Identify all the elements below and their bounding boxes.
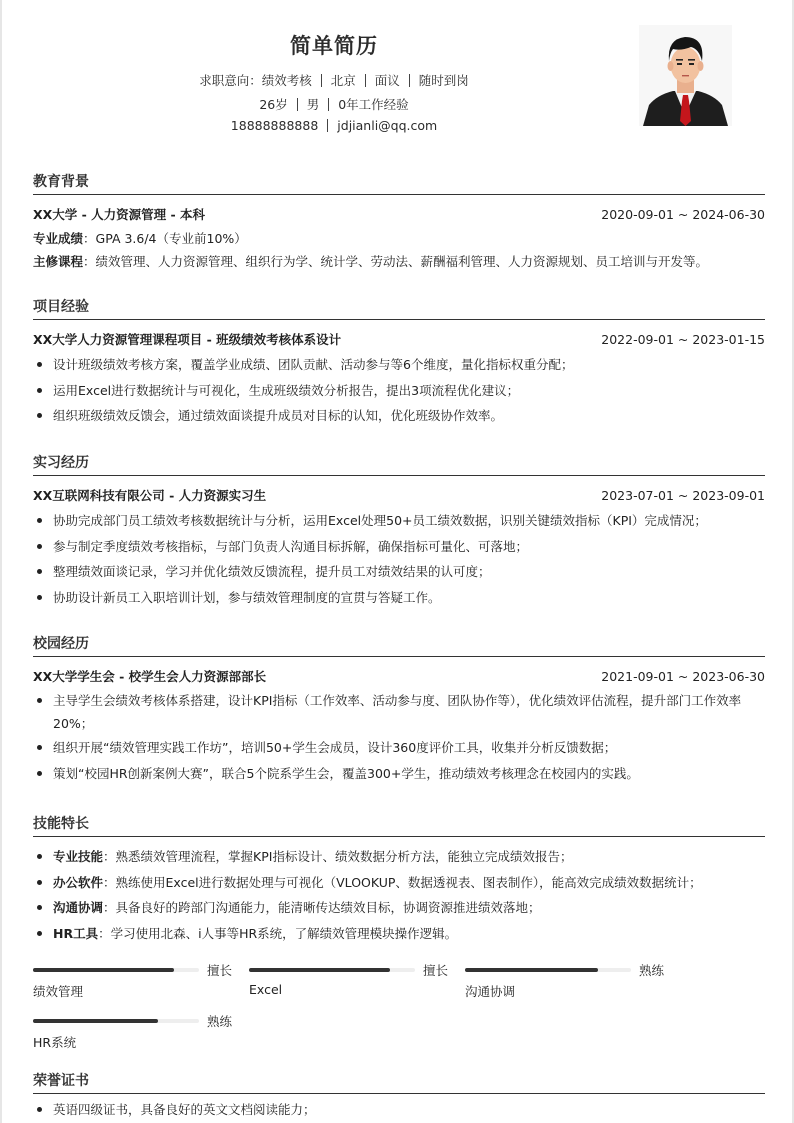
section-title-internship: 实习经历 <box>33 454 765 476</box>
city: 北京 <box>331 73 356 88</box>
progress-track <box>465 968 631 972</box>
list-item: 运用Excel进行数据统计与可视化，生成班级绩效分析报告，提出3项流程优化建议； <box>33 378 765 404</box>
campus-entry-header: XX大学学生会 - 校学生会人力资源部部长 2021-09-01 ~ 2023-… <box>33 668 765 686</box>
skills-section: 技能特长 专业技能：熟悉绩效管理流程，掌握KPI指标设计、绩效数据分析方法，能独… <box>33 815 765 946</box>
list-item: 组织开展“绩效管理实践工作坊”，培训50+学生会成员，设计360度评价工具，收集… <box>33 735 765 761</box>
honors-section: 荣誉证书 英语四级证书，具备良好的英文文档阅读能力； <box>33 1072 765 1123</box>
courses-line: 主修课程：绩效管理、人力资源管理、组织行为学、统计学、劳动法、薪酬福利管理、人力… <box>33 252 765 272</box>
courses-value: ：绩效管理、人力资源管理、组织行为学、统计学、劳动法、薪酬福利管理、人力资源规划… <box>83 254 708 269</box>
list-item: 主导学生会绩效考核体系搭建，设计KPI指标（工作效率、活动参与度、团队协作等），… <box>33 689 765 735</box>
section-title-campus: 校园经历 <box>33 635 765 657</box>
skill-label: 办公软件 <box>53 875 103 890</box>
project-date: 2022-09-01 ~ 2023-01-15 <box>601 331 765 349</box>
divider <box>409 74 410 87</box>
project-entry-header: XX大学人力资源管理课程项目 - 班级绩效考核体系设计 2022-09-01 ~… <box>33 331 765 349</box>
list-item: 英语四级证书，具备良好的英文文档阅读能力； <box>33 1097 765 1123</box>
progress-fill <box>249 968 390 972</box>
skill-item: 沟通协调：具备良好的跨部门沟通能力，能清晰传达绩效目标，协调资源推进绩效落地； <box>33 895 765 921</box>
progress-fill <box>33 1019 158 1023</box>
section-title-education: 教育背景 <box>33 173 765 195</box>
internship-bullets: 协助完成部门员工绩效考核数据统计与分析，运用Excel处理50+员工绩效数据，识… <box>33 508 765 610</box>
list-item: 协助设计新员工入职培训计划，参与绩效管理制度的宣贯与答疑工作。 <box>33 585 765 611</box>
education-date: 2020-09-01 ~ 2024-06-30 <box>601 206 765 224</box>
skill-level: 熟练 <box>207 1012 232 1030</box>
phone: 18888888888 <box>231 118 318 133</box>
skill-item: 办公软件：熟练使用Excel进行数据处理与可视化（VLOOKUP、数据透视表、图… <box>33 870 765 896</box>
campus-bullets: 主导学生会绩效考核体系搭建，设计KPI指标（工作效率、活动参与度、团队协作等），… <box>33 689 765 786</box>
education-section: 教育背景 XX大学 - 人力资源管理 - 本科 2020-09-01 ~ 202… <box>33 173 765 272</box>
skill-label: HR工具 <box>53 926 98 941</box>
divider <box>321 74 322 87</box>
section-title-projects: 项目经验 <box>33 298 765 320</box>
progress-fill <box>465 968 598 972</box>
list-item: 组织班级绩效反馈会，通过绩效面谈提升成员对目标的认知，优化班级协作效率。 <box>33 403 765 429</box>
internship-section: 实习经历 XX互联网科技有限公司 - 人力资源实习生 2023-07-01 ~ … <box>33 454 765 610</box>
skill-name: Excel <box>249 982 282 997</box>
skill-level: 擅长 <box>423 961 448 979</box>
honors-bullets: 英语四级证书，具备良好的英文文档阅读能力； <box>33 1097 765 1123</box>
campus-date: 2021-09-01 ~ 2023-06-30 <box>601 668 765 686</box>
project-bullets: 设计班级绩效考核方案，覆盖学业成绩、团队贡献、活动参与等6个维度，量化指标权重分… <box>33 352 765 429</box>
projects-section: 项目经验 XX大学人力资源管理课程项目 - 班级绩效考核体系设计 2022-09… <box>33 298 765 429</box>
list-item: 协助完成部门员工绩效考核数据统计与分析，运用Excel处理50+员工绩效数据，识… <box>33 508 765 534</box>
list-item: 参与制定季度绩效考核指标，与部门负责人沟通目标拆解，确保指标可量化、可落地； <box>33 534 765 560</box>
progress-track <box>249 968 415 972</box>
job-intent: 求职意向：绩效考核 <box>199 73 312 88</box>
skill-item: HR工具：学习使用北森、i人事等HR系统，了解绩效管理模块操作逻辑。 <box>33 921 765 947</box>
avatar-portrait-icon <box>639 25 732 126</box>
availability: 随时到岗 <box>419 73 469 88</box>
list-item: 策划“校园HR创新案例大赛”，联合5个院系学生会，覆盖300+学生，推动绩效考核… <box>33 761 765 787</box>
campus-section: 校园经历 XX大学学生会 - 校学生会人力资源部部长 2021-09-01 ~ … <box>33 635 765 786</box>
list-item: 设计班级绩效考核方案，覆盖学业成绩、团队贡献、活动参与等6个维度，量化指标权重分… <box>33 352 765 378</box>
list-item: 整理绩效面谈记录，学习并优化绩效反馈流程，提升员工对绩效结果的认可度； <box>33 559 765 585</box>
skill-text: ：熟悉绩效管理流程，掌握KPI指标设计、绩效数据分析方法，能独立完成绩效报告； <box>103 849 572 864</box>
skill-label: 专业技能 <box>53 849 103 864</box>
progress-fill <box>33 968 174 972</box>
avatar <box>639 25 732 126</box>
courses-label: 主修课程 <box>33 254 83 269</box>
gender: 男 <box>307 97 320 112</box>
skill-level: 擅长 <box>207 961 232 979</box>
progress-track <box>33 968 199 972</box>
skill-name: HR系统 <box>33 1033 76 1051</box>
skill-name: 沟通协调 <box>465 982 515 1000</box>
progress-track <box>33 1019 199 1023</box>
skill-level: 熟练 <box>639 961 664 979</box>
skill-label: 沟通协调 <box>53 900 103 915</box>
personal-info-line: 26岁男0年工作经验 <box>2 95 666 113</box>
divider <box>365 74 366 87</box>
divider <box>327 119 328 132</box>
gpa-label: 专业成绩 <box>33 231 83 246</box>
education-entry-title: XX大学 - 人力资源管理 - 本科 <box>33 206 205 224</box>
internship-date: 2023-07-01 ~ 2023-09-01 <box>601 487 765 505</box>
section-title-skills: 技能特长 <box>33 815 765 837</box>
contact-line: 18888888888jdjianli@qq.com <box>2 118 666 133</box>
internship-entry-header: XX互联网科技有限公司 - 人力资源实习生 2023-07-01 ~ 2023-… <box>33 487 765 505</box>
project-entry-title: XX大学人力资源管理课程项目 - 班级绩效考核体系设计 <box>33 331 341 349</box>
skill-text: ：学习使用北森、i人事等HR系统，了解绩效管理模块操作逻辑。 <box>98 926 457 941</box>
divider <box>297 98 298 111</box>
skill-item: 专业技能：熟悉绩效管理流程，掌握KPI指标设计、绩效数据分析方法，能独立完成绩效… <box>33 844 765 870</box>
internship-entry-title: XX互联网科技有限公司 - 人力资源实习生 <box>33 487 266 505</box>
campus-entry-title: XX大学学生会 - 校学生会人力资源部部长 <box>33 668 266 686</box>
salary: 面议 <box>375 73 400 88</box>
education-entry-header: XX大学 - 人力资源管理 - 本科 2020-09-01 ~ 2024-06-… <box>33 206 765 224</box>
gpa-value: ：GPA 3.6/4（专业前10%） <box>83 231 247 246</box>
skill-text: ：具备良好的跨部门沟通能力，能清晰传达绩效目标，协调资源推进绩效落地； <box>103 900 541 915</box>
experience-years: 0年工作经验 <box>338 97 408 112</box>
skill-text: ：熟练使用Excel进行数据处理与可视化（VLOOKUP、数据透视表、图表制作）… <box>103 875 702 890</box>
divider <box>328 98 329 111</box>
resume-header: 简单简历 求职意向：绩效考核北京面议随时到岗 26岁男0年工作经验 188888… <box>2 0 794 140</box>
age: 26岁 <box>259 97 287 112</box>
job-intent-line: 求职意向：绩效考核北京面议随时到岗 <box>2 71 666 89</box>
skill-name: 绩效管理 <box>33 982 83 1000</box>
skills-bullets: 专业技能：熟悉绩效管理流程，掌握KPI指标设计、绩效数据分析方法，能独立完成绩效… <box>33 844 765 946</box>
email: jdjianli@qq.com <box>337 118 437 133</box>
gpa-line: 专业成绩：GPA 3.6/4（专业前10%） <box>33 229 765 249</box>
section-title-honors: 荣誉证书 <box>33 1072 765 1094</box>
resume-name: 简单简历 <box>2 30 666 60</box>
resume-page: 简单简历 求职意向：绩效考核北京面议随时到岗 26岁男0年工作经验 188888… <box>0 0 794 1123</box>
